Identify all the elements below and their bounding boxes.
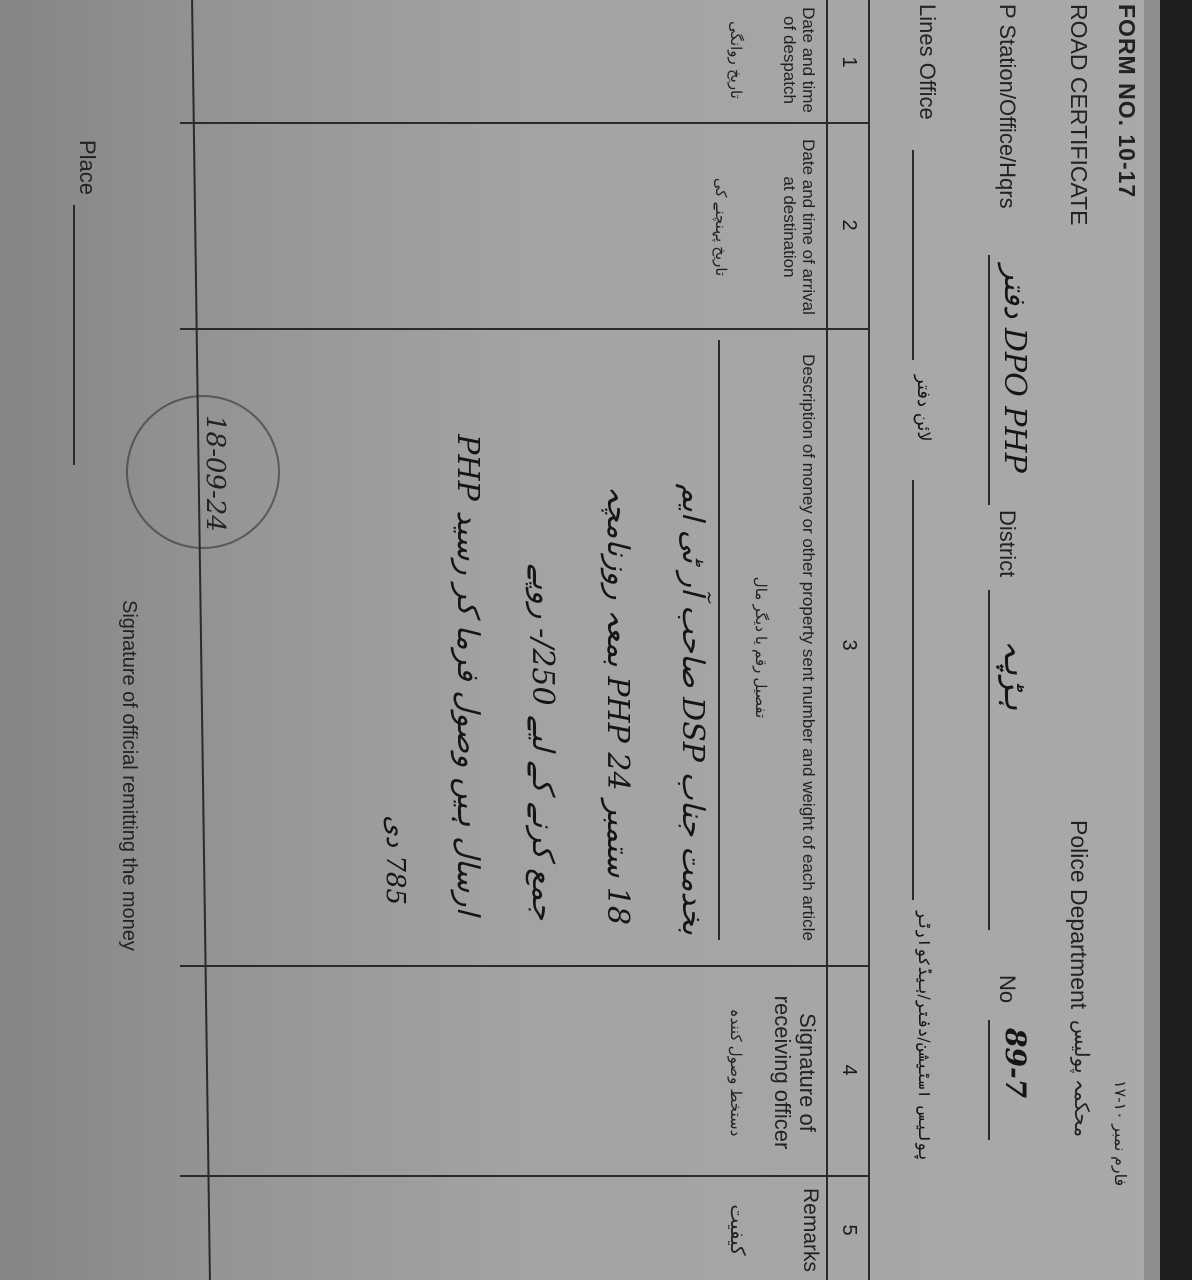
department-urdu: محکمہ پولیس — [1069, 1020, 1094, 1137]
col-3-number: 3 — [837, 625, 860, 665]
col-4-number: 4 — [837, 1050, 860, 1090]
col-5-number: 5 — [837, 1210, 860, 1250]
col-divider-2 — [180, 328, 870, 330]
col-divider-4 — [180, 1175, 870, 1177]
lines-underline-1 — [912, 150, 914, 360]
district-label: District — [994, 510, 1020, 577]
col-4-header: Signature of receiving officer — [770, 975, 820, 1170]
description-line-4: ارسال ہیں وصول فرما کر رسید PHP — [450, 434, 485, 915]
signature-label: Signature of official remitting the mone… — [117, 600, 140, 951]
table-top-border — [868, 0, 870, 1280]
no-label: No — [994, 975, 1020, 1003]
station-label: P Station/Office/Hqrs — [994, 4, 1020, 209]
col-3-header: Description of money or other property s… — [799, 340, 818, 955]
road-certificate-form: فارم نمبر ۱۰-۱۷ FORM NO. 10-17 ROAD CERT… — [0, 0, 1160, 1280]
department-label: Police Department — [1065, 820, 1092, 1009]
table-bottom-border — [191, 0, 211, 1280]
col-3-inner-border — [718, 340, 720, 940]
district-value: ہڑپہ — [997, 640, 1032, 710]
description-line-1: بخدمت جناب DSP صاحب آر ٹی ایم — [675, 484, 710, 935]
col-1-header: Date and time of despatch — [780, 4, 818, 116]
table-number-row-border — [826, 0, 828, 1280]
district-underline — [988, 590, 990, 930]
no-underline — [988, 1020, 990, 1140]
no-value: 89-7 — [999, 1028, 1032, 1098]
lines-office-label: Lines Office — [914, 4, 940, 120]
col-5-header-urdu: کیفیت — [725, 1180, 750, 1280]
form-number: FORM NO. 10-17 — [1113, 4, 1140, 198]
description-line-2: 18 ستمبر 24 PHP بمعہ روزنامچہ — [600, 486, 635, 925]
col-divider-3 — [180, 965, 870, 967]
lines-office-urdu: لائن دفتر — [913, 375, 934, 442]
description-line-5: 785 دی — [380, 815, 410, 905]
station-underline — [988, 255, 990, 505]
place-underline — [73, 205, 75, 465]
lines-underline-2 — [912, 480, 914, 900]
col-2-header: Date and time of arrival at destination — [780, 132, 818, 322]
paper-edge — [1144, 0, 1160, 1280]
col-2-number: 2 — [837, 205, 860, 245]
remittance-table: 1 2 3 4 5 Date and time of despatch Date… — [160, 0, 870, 1280]
col-3-header-urdu: تفصیل رقم یا دیگر مال — [752, 340, 770, 955]
place-label: Place — [74, 140, 100, 195]
form-title: ROAD CERTIFICATE — [1065, 4, 1092, 226]
col-2-header-urdu: تاریخ پہنچنے کی — [712, 132, 730, 322]
description-line-3: جمع کرنے کے لیے 250/- روپے — [525, 564, 560, 920]
col-5-header: Remarks — [801, 1180, 820, 1280]
col-divider-1 — [180, 122, 870, 124]
col-1-number: 1 — [837, 42, 860, 82]
col-4-header-urdu: دستخط وصول کنندہ — [727, 975, 745, 1170]
station-value: دفتر DPO PHP — [997, 265, 1032, 473]
lines-right-urdu: پولیس اسٹیشن/دفتر/ہیڈکوارٹر — [915, 910, 934, 1160]
form-number-urdu: فارم نمبر ۱۰-۱۷ — [1110, 1080, 1130, 1186]
col-1-header-urdu: تاریخ روانگی — [727, 4, 745, 116]
stamp-date: 18-09-24 — [200, 415, 230, 532]
